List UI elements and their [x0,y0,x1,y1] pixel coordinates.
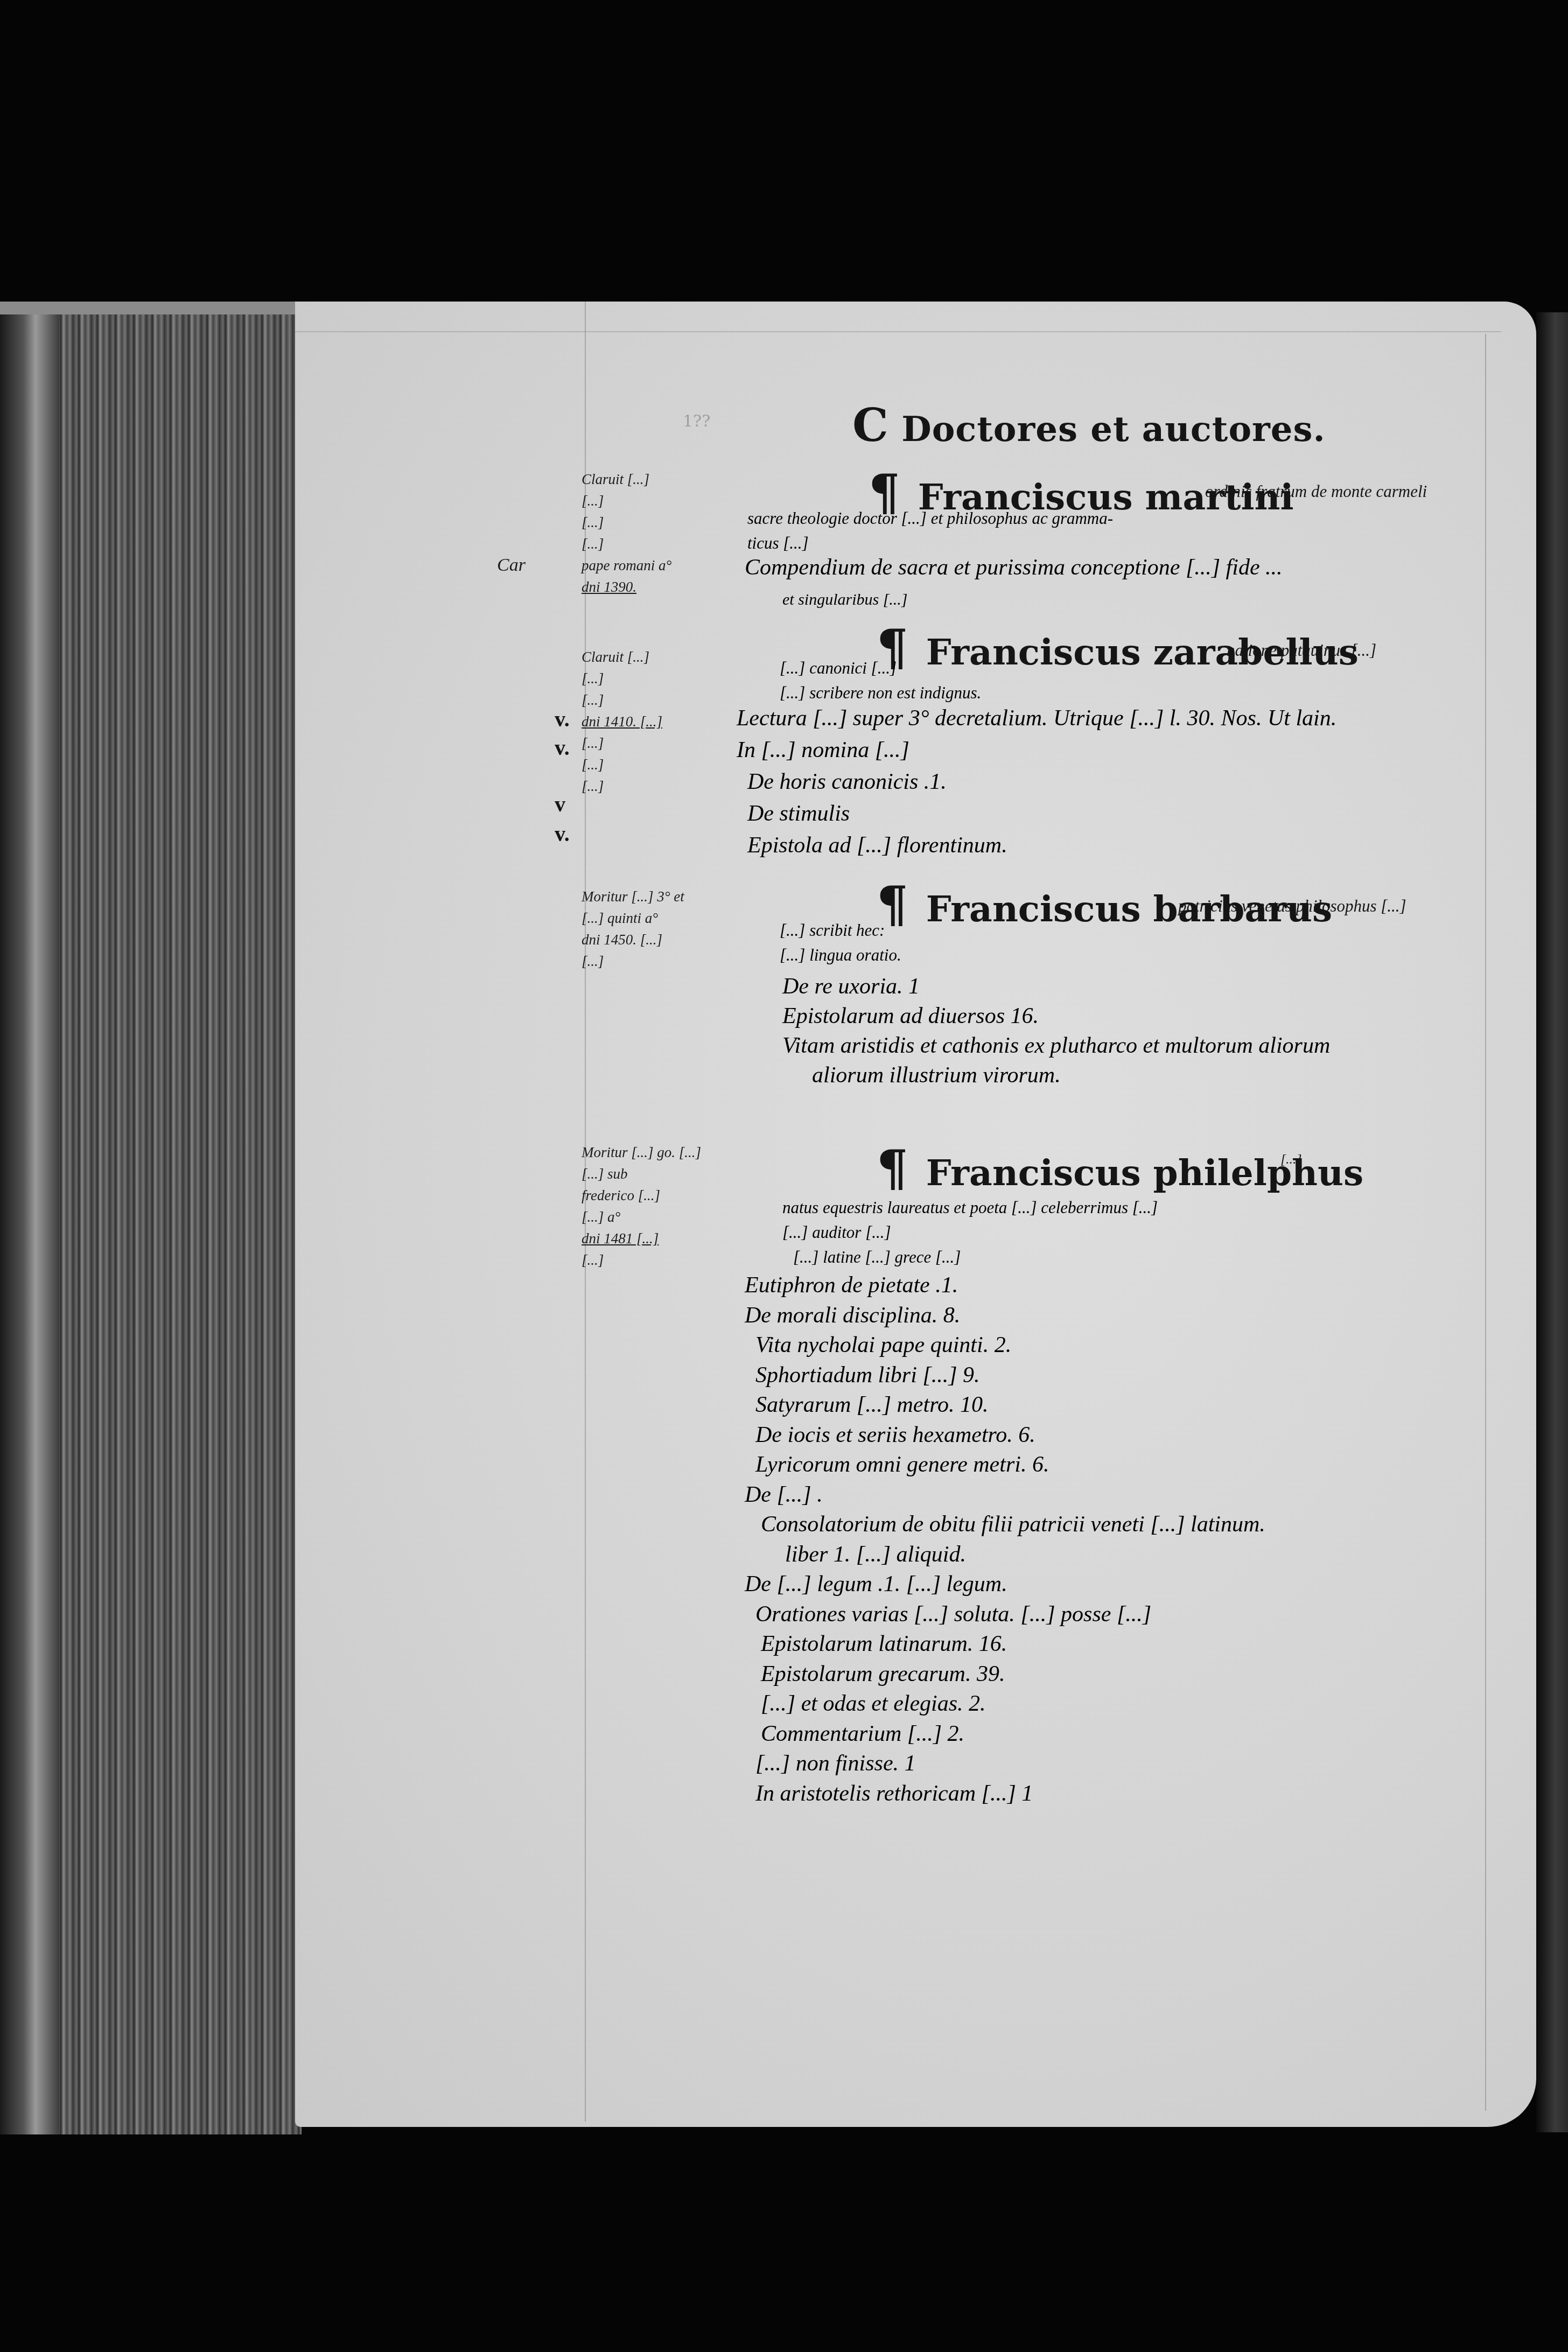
work-item: Vitam aristidis et cathonis ex plutharco… [782,1031,1330,1061]
text-line: [...] [582,689,662,711]
text-line: dni 1410. [...] [582,711,662,732]
works-list-entry-1: Compendium de sacra et purissima concept… [745,552,1283,615]
author-bio: sacre theologie doctor [...] et philosop… [747,506,1113,556]
margin-note-entry-4: Moritur [...] go. [...] [...] sub freder… [582,1142,701,1271]
margin-mark-car: Car [497,555,526,576]
work-item: aliorum illustrium virorum. [782,1061,1330,1090]
margin-mark-v: v. [555,735,570,760]
adjacent-page-shadow [1536,312,1568,2132]
text-line: frederico [...] [582,1185,701,1206]
text-line: [...] [582,1249,701,1271]
work-item: liber 1. [...] aliquid. [745,1540,1265,1570]
works-list-entry-2: Lectura [...] super 3° decretalium. Utri… [737,703,1336,862]
work-item: De horis canonicis .1. [737,766,1336,798]
text-line: [...] [582,490,671,512]
text-line: natus equestris laureatus et poeta [...]… [782,1195,1158,1220]
text-line: [...] [582,512,671,533]
work-item: Sphortiadum libri [...] 9. [745,1361,1265,1391]
manuscript-page: 1?? C Doctores et auctores. Claruit [...… [295,302,1536,2127]
text-line: [...] [582,775,662,797]
work-item: et singularibus [...] [745,584,1283,615]
work-item: [...] non finisse. 1 [745,1749,1265,1779]
text-line: [...] [582,754,662,775]
work-item: Epistolarum grecarum. 39. [745,1660,1265,1690]
work-item: Lyricorum omni genere metri. 6. [745,1450,1265,1480]
work-item: Eutiphron de pietate .1. [745,1271,1265,1301]
text-line: [...] auditor [...] [782,1220,1158,1245]
text-line: dni 1450. [...] [582,929,684,950]
work-item: Vita nycholai pape quinti. 2. [745,1331,1265,1361]
text-line: [...] [582,732,662,754]
text-line: [...] scribere non est indignus. [780,681,981,705]
work-item: De [...] legum .1. [...] legum. [745,1570,1265,1600]
work-item: De re uxoria. 1 [782,972,1330,1002]
author-bio-line: natione patauinus [...] [1227,638,1376,663]
text-line: [...] latine [...] grece [...] [782,1245,1158,1270]
margin-note-entry-1: Claruit [...] [...] [...] [...] pape rom… [582,468,671,598]
text-line: sacre theologie doctor [...] et philosop… [747,506,1113,531]
works-list-entry-3: De re uxoria. 1 Epistolarum ad diuersos … [782,972,1330,1090]
author-bio-line: [...] [1280,1147,1302,1172]
work-item: Satyrarum [...] metro. 10. [745,1390,1265,1420]
work-item: In [...] nomina [...] [737,734,1336,766]
work-item: De [...] . [745,1480,1265,1510]
page-heading: C Doctores et auctores. [852,398,1326,452]
text-line: [...] lingua oratio. [780,943,901,968]
work-item: [...] et odas et elegias. 2. [745,1689,1265,1719]
text-line: dni 1390. [582,576,671,598]
heading-text: Doctores et auctores. [901,409,1326,450]
author-bio-line: ordinis fratrum de monte carmeli [1205,479,1427,504]
work-item: De stimulis [737,798,1336,830]
top-ruling [295,331,1501,332]
book-text-block-edge [0,302,302,2134]
work-item: Lectura [...] super 3° decretalium. Utri… [737,703,1336,734]
margin-note-entry-2: Claruit [...] [...] [...] dni 1410. [...… [582,646,662,797]
works-list-entry-4: Eutiphron de pietate .1. De morali disci… [745,1271,1265,1809]
paragraph-mark-icon: ¶ [877,1139,908,1197]
text-line: [...] sub [582,1163,701,1185]
margin-mark-v: v. [555,706,570,732]
text-line: dni 1481 [...] [582,1228,701,1249]
work-item: Consolatorium de obitu filii patricii ve… [745,1510,1265,1540]
text-line: [...] scribit hec: [780,918,901,943]
author-bio: [...] scribit hec: [...] lingua oratio. [780,918,901,968]
heading-initial: C [852,398,889,452]
margin-mark-v: v. [555,821,570,846]
work-item: Orationes varias [...] soluta. [...] pos… [745,1600,1265,1630]
text-line: Claruit [...] [582,646,662,668]
text-line: [...] canonici [...] [780,656,981,681]
work-item: Epistola ad [...] florentinum. [737,830,1336,862]
text-line: [...] [582,533,671,555]
margin-ruling-right [1485,334,1486,2111]
work-item: Compendium de sacra et purissima concept… [745,552,1283,584]
book-board-edge [0,314,59,2134]
faint-folio-number: 1?? [683,412,710,431]
work-item: Commentarium [...] 2. [745,1719,1265,1749]
text-line: Moritur [...] go. [...] [582,1142,701,1163]
text-line: [...] [582,668,662,689]
margin-note-entry-3: Moritur [...] 3° et [...] quinti a° dni … [582,886,684,972]
work-item: Epistolarum ad diuersos 16. [782,1002,1330,1031]
work-item: De morali disciplina. 8. [745,1301,1265,1331]
work-item: In aristotelis rethoricam [...] 1 [745,1779,1265,1809]
text-line: [...] [582,950,684,972]
text-line: pape romani a° [582,555,671,576]
text-line: Claruit [...] [582,468,671,490]
margin-mark-v: v [555,792,565,817]
work-item: Epistolarum latinarum. 16. [745,1629,1265,1660]
author-bio: [...] canonici [...] [...] scribere non … [780,656,981,705]
text-line: [...] quinti a° [582,907,684,929]
author-bio-line: patricius venetus philosophus [...] [1178,894,1406,919]
work-item: De iocis et seriis hexametro. 6. [745,1420,1265,1451]
author-bio: natus equestris laureatus et poeta [...]… [782,1195,1158,1270]
text-line: Moritur [...] 3° et [582,886,684,907]
text-line: [...] a° [582,1206,701,1228]
